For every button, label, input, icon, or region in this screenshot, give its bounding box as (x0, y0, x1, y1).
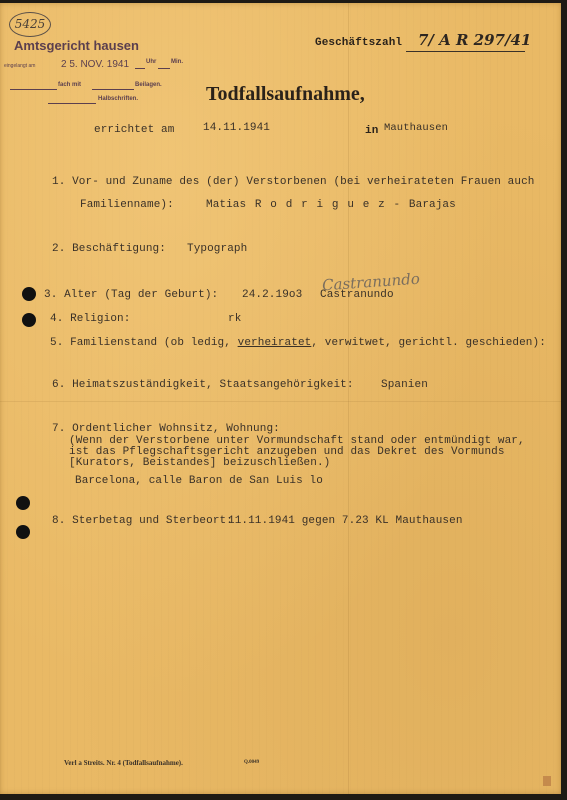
document-page: 5425 Amtsgericht hausen eingelangt am 2 … (0, 3, 561, 794)
created-place: Mauthausen (384, 122, 448, 134)
item-1-label-line2: Familienname): (80, 199, 174, 211)
stamp-halbschriften-label: Halbschriften. (98, 96, 138, 102)
stamp-line (48, 103, 96, 104)
punch-hole (16, 525, 30, 539)
item-8-label: 8. Sterbetag und Sterbeort: (52, 515, 233, 527)
religion-value: rk (228, 313, 241, 325)
stamp-beilagen-label: Beilagen. (135, 82, 162, 88)
stamp-received-label: eingelangt am (4, 63, 35, 69)
stamp-line (135, 68, 145, 69)
form-name: Verl a Streits. Nr. 4 (Todfallsaufnahme)… (64, 759, 183, 767)
occupation-value: Typograph (187, 243, 247, 255)
page-title: Todfallsaufnahme, (206, 83, 365, 106)
archive-number: 5425 (9, 12, 51, 37)
item-7-note-line3: [Kurators, Beistandes] beizuschließen.) (69, 457, 330, 469)
item-4-label: 4. Religion: (50, 313, 130, 325)
death-date-place-value: 11.11.1941 gegen 7.23 KL Mauthausen (228, 515, 463, 527)
stamp-uhr-label: Uhr (146, 59, 156, 65)
case-number-value: 7/ A R 297/41 (418, 31, 531, 49)
fold-line-vertical (348, 3, 349, 794)
case-number-underline (406, 51, 525, 52)
nationality-value: Spanien (381, 379, 428, 391)
stamp-fach-label: fach mit (58, 82, 81, 88)
item-1-label: 1. Vor- und Zuname des (der) Verstorbene… (52, 176, 534, 188)
created-label: errichtet am (94, 124, 174, 136)
form-code: Q.0049 (244, 760, 259, 765)
corner-mark (543, 776, 551, 786)
punch-hole (22, 313, 36, 327)
item-7-label: 7. Ordentlicher Wohnsitz, Wohnung: (52, 423, 280, 435)
item-3-label: 3. Alter (Tag der Geburt): (44, 289, 218, 301)
stamp-line (10, 89, 57, 90)
created-in-label: in (365, 125, 378, 137)
stamp-line (158, 68, 170, 69)
deceased-name: Matias R o d r i g u e z - Barajas (206, 199, 456, 211)
item-2-label: 2. Beschäftigung: (52, 243, 166, 255)
stamp-min-label: Min. (171, 59, 183, 65)
fold-line-horizontal (0, 401, 561, 402)
item-5-label: 5. Familienstand (ob ledig, verheiratet,… (50, 337, 546, 349)
punch-hole (22, 287, 36, 301)
birth-date-value: 24.2.19o3 (242, 289, 302, 301)
residence-value: Barcelona, calle Baron de San Luis lo (75, 475, 323, 487)
punch-hole (16, 496, 30, 510)
court-stamp-name: Amtsgericht hausen (14, 38, 139, 53)
stamp-line (92, 89, 134, 90)
marital-status-selected: verheiratet (238, 337, 312, 349)
case-number-label: Geschäftszahl (315, 37, 402, 49)
created-date: 14.11.1941 (203, 122, 270, 134)
stamp-received-date: 2 5. NOV. 1941 (61, 59, 129, 70)
item-6-label: 6. Heimatszuständigkeit, Staatsangehörig… (52, 379, 354, 391)
birth-place-value: Castranundo (320, 289, 394, 301)
